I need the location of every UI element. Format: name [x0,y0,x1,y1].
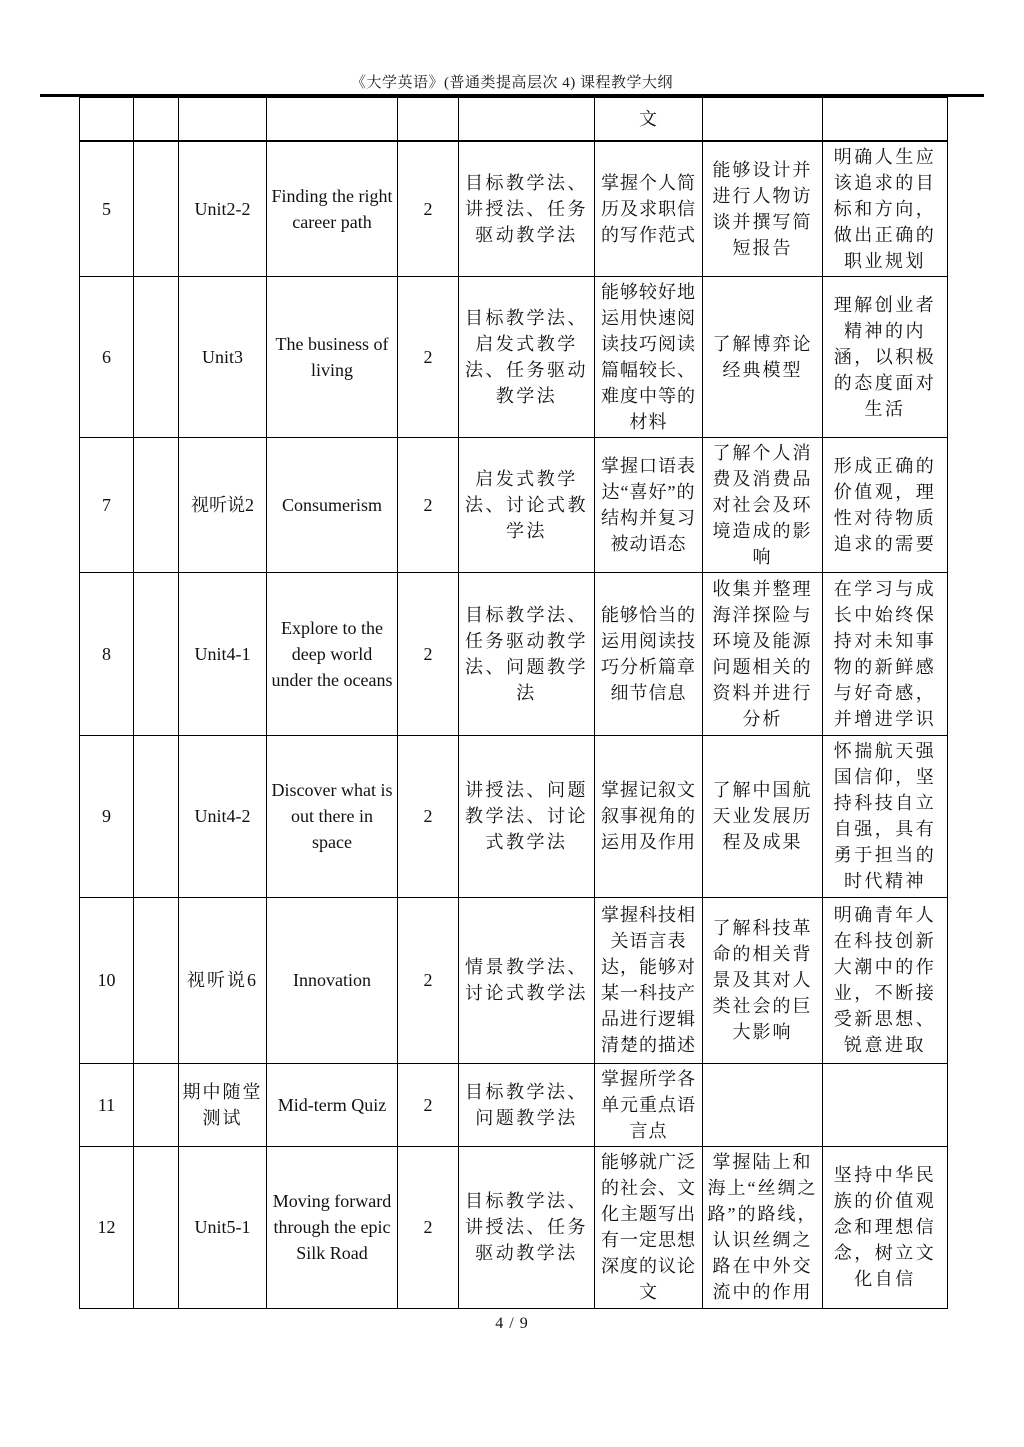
week-cell: 12 [80,1146,134,1308]
unit-cell: 期中随堂测试 [179,1063,267,1146]
extension-cell: 收集并整理海洋探险与环境及能源问题相关的资料并进行分析 [703,572,823,735]
spacer-cell [134,735,179,897]
topic-cell: Mid-term Quiz [267,1063,398,1146]
spacer-cell [134,276,179,437]
topic-cell: Innovation [267,897,398,1063]
extension-cell: 了解中国航天业发展历程及成果 [703,735,823,897]
unit-cell: 视听说6 [179,897,267,1063]
methods-cell: 目标教学法、启发式教学法、任务驱动教学法 [459,276,595,437]
hours-cell: 2 [398,437,459,572]
week-cell: 7 [80,437,134,572]
topic-cell: Moving forward through the epic Silk Roa… [267,1146,398,1308]
methods-cell: 讲授法、问题教学法、讨论式教学法 [459,735,595,897]
ideology-cell: 明确人生应该追求的目标和方向，做出正确的职业规划 [823,141,948,277]
content-cell: 能够就广泛的社会、文化主题写出有一定思想深度的议论文 [595,1146,703,1308]
week-cell: 10 [80,897,134,1063]
extension-cell: 了解博弈论经典模型 [703,276,823,437]
unit-cell: 视听说2 [179,437,267,572]
table-row: 12 Unit5-1 Moving forward through the ep… [80,1146,948,1308]
hours-cell: 2 [398,897,459,1063]
unit-cell: Unit5-1 [179,1146,267,1308]
content-cell: 能够恰当的运用阅读技巧分析篇章细节信息 [595,572,703,735]
empty-cell [267,98,398,141]
methods-cell: 目标教学法、任务驱动教学法、问题教学法 [459,572,595,735]
topic-cell: Consumerism [267,437,398,572]
table-row: 7 视听说2 Consumerism 2 启发式教学法、讨论式教学法 掌握口语表… [80,437,948,572]
topic-cell: Finding the right career path [267,141,398,277]
unit-cell: Unit4-2 [179,735,267,897]
content-cell: 掌握科技相关语言表达，能够对某一科技产品进行逻辑清楚的描述 [595,897,703,1063]
spacer-cell [134,141,179,277]
ideology-cell [823,1063,948,1146]
content-cell: 文 [595,98,703,141]
syllabus-table: 文 5 Unit2-2 Finding the right career pat… [79,97,948,1309]
hours-cell: 2 [398,1146,459,1308]
ideology-cell: 形成正确的价值观，理性对待物质追求的需要 [823,437,948,572]
extension-cell: 能够设计并进行人物访谈并撰写简短报告 [703,141,823,277]
unit-cell: Unit4-1 [179,572,267,735]
topic-cell: Explore to the deep world under the ocea… [267,572,398,735]
week-cell: 9 [80,735,134,897]
week-cell: 8 [80,572,134,735]
ideology-cell: 在学习与成长中始终保持对未知事物的新鲜感与好奇感，并增进学识 [823,572,948,735]
page-title: 《大学英语》(普通类提高层次 4) 课程教学大纲 [0,71,1024,92]
table-row: 11 期中随堂测试 Mid-term Quiz 2 目标教学法、问题教学法 掌握… [80,1063,948,1146]
hours-cell: 2 [398,141,459,277]
methods-cell: 目标教学法、讲授法、任务驱动教学法 [459,1146,595,1308]
empty-cell [823,98,948,141]
empty-cell [459,98,595,141]
week-cell: 5 [80,141,134,277]
table-row: 10 视听说6 Innovation 2 情景教学法、讨论式教学法 掌握科技相关… [80,897,948,1063]
carryover-row: 文 [80,98,948,141]
empty-cell [398,98,459,141]
extension-cell: 掌握陆上和海上“丝绸之路”的路线，认识丝绸之路在中外交流中的作用 [703,1146,823,1308]
methods-cell: 启发式教学法、讨论式教学法 [459,437,595,572]
methods-cell: 目标教学法、问题教学法 [459,1063,595,1146]
extension-cell: 了解科技革命的相关背景及其对人类社会的巨大影响 [703,897,823,1063]
hours-cell: 2 [398,735,459,897]
methods-cell: 情景教学法、讨论式教学法 [459,897,595,1063]
table-row: 6 Unit3 The business of living 2 目标教学法、启… [80,276,948,437]
empty-cell [703,98,823,141]
week-cell: 6 [80,276,134,437]
spacer-cell [134,1063,179,1146]
content-cell: 掌握记叙文叙事视角的运用及作用 [595,735,703,897]
ideology-cell: 怀揣航天强国信仰，坚持科技自立自强，具有勇于担当的时代精神 [823,735,948,897]
content-cell: 能够较好地运用快速阅读技巧阅读篇幅较长、难度中等的材料 [595,276,703,437]
page-number: 4 / 9 [0,1315,1024,1333]
ideology-cell: 坚持中华民族的价值观念和理想信念，树立文化自信 [823,1146,948,1308]
spacer-cell [134,572,179,735]
hours-cell: 2 [398,1063,459,1146]
extension-cell [703,1063,823,1146]
empty-cell [179,98,267,141]
week-cell: 11 [80,1063,134,1146]
content-cell: 掌握所学各单元重点语言点 [595,1063,703,1146]
extension-cell: 了解个人消费及消费品对社会及环境造成的影响 [703,437,823,572]
hours-cell: 2 [398,572,459,735]
unit-cell: Unit3 [179,276,267,437]
spacer-cell [134,1146,179,1308]
methods-cell: 目标教学法、讲授法、任务驱动教学法 [459,141,595,277]
table-row: 9 Unit4-2 Discover what is out there in … [80,735,948,897]
topic-cell: The business of living [267,276,398,437]
ideology-cell: 明确青年人在科技创新大潮中的作业，不断接受新思想、锐意进取 [823,897,948,1063]
content-cell: 掌握个人简历及求职信的写作范式 [595,141,703,277]
spacer-cell [134,437,179,572]
spacer-cell [134,98,179,141]
ideology-cell: 理解创业者精神的内涵，以积极的态度面对生活 [823,276,948,437]
content-cell: 掌握口语表达“喜好”的结构并复习被动语态 [595,437,703,572]
empty-cell [80,98,134,141]
hours-cell: 2 [398,276,459,437]
spacer-cell [134,897,179,1063]
topic-cell: Discover what is out there in space [267,735,398,897]
table-row: 5 Unit2-2 Finding the right career path … [80,141,948,277]
unit-cell: Unit2-2 [179,141,267,277]
table-row: 8 Unit4-1 Explore to the deep world unde… [80,572,948,735]
document-page: 《大学英语》(普通类提高层次 4) 课程教学大纲 文 5 U [0,0,1024,1447]
